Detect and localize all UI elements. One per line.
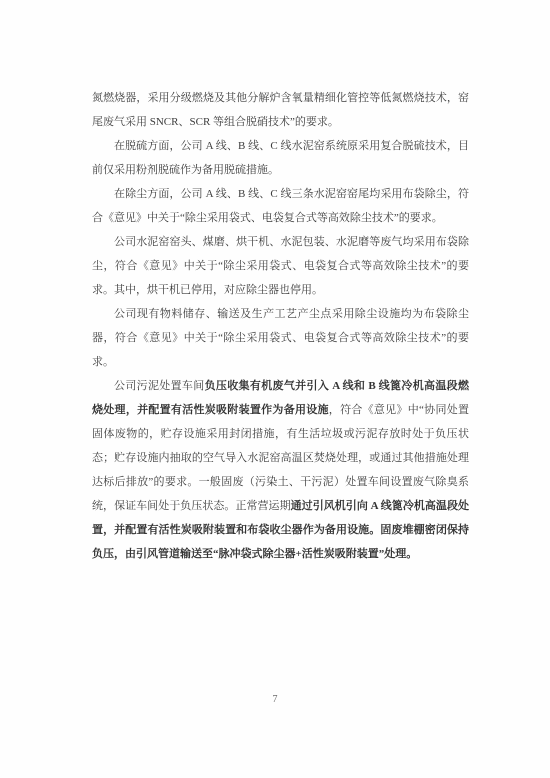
text-run: 氮燃烧器，采用分级燃烧及其他分解炉含氧量精细化管控等低氮燃烧技术，窑尾废气采用 … <box>92 92 469 128</box>
text-run: 公司污泥处置车间 <box>114 380 205 392</box>
document-body: 氮燃烧器，采用分级燃烧及其他分解炉含氧量精细化管控等低氮燃烧技术，窑尾废气采用 … <box>92 86 469 566</box>
paragraph: 氮燃烧器，采用分级燃烧及其他分解炉含氧量精细化管控等低氮燃烧技术，窑尾废气采用 … <box>92 86 469 134</box>
paragraph: 公司水泥窑窑头、煤磨、烘干机、水泥包装、水泥磨等废气均采用布袋除尘，符合《意见》… <box>92 230 469 302</box>
text-run: 在除尘方面，公司 A 线、B 线、C 线三条水泥窑窑尾均采用布袋除尘，符合《意见… <box>92 188 469 224</box>
paragraph: 公司污泥处置车间负压收集有机废气并引入 A 线和 B 线篦冷机高温段燃烧处理，并… <box>92 374 469 566</box>
page-number: 7 <box>0 694 550 705</box>
document-page: 氮燃烧器，采用分级燃烧及其他分解炉含氧量精细化管控等低氮燃烧技术，窑尾废气采用 … <box>0 0 550 778</box>
text-run: 在脱硫方面，公司 A 线、B 线、C 线水泥窑系统原采用复合脱硫技术，目前仅采用… <box>92 140 469 176</box>
text-run: 公司现有物料储存、输送及生产工艺产尘点采用除尘设施均为布袋除尘器，符合《意见》中… <box>92 308 469 368</box>
paragraph: 在脱硫方面，公司 A 线、B 线、C 线水泥窑系统原采用复合脱硫技术，目前仅采用… <box>92 134 469 182</box>
text-run: 公司水泥窑窑头、煤磨、烘干机、水泥包装、水泥磨等废气均采用布袋除尘，符合《意见》… <box>92 236 469 296</box>
text-run: ，符合《意见》中“协同处置固体废物的，贮存设施采用封闭措施，有生活垃圾或污泥存放… <box>92 404 469 512</box>
paragraph: 在除尘方面，公司 A 线、B 线、C 线三条水泥窑窑尾均采用布袋除尘，符合《意见… <box>92 182 469 230</box>
paragraph: 公司现有物料储存、输送及生产工艺产尘点采用除尘设施均为布袋除尘器，符合《意见》中… <box>92 302 469 374</box>
